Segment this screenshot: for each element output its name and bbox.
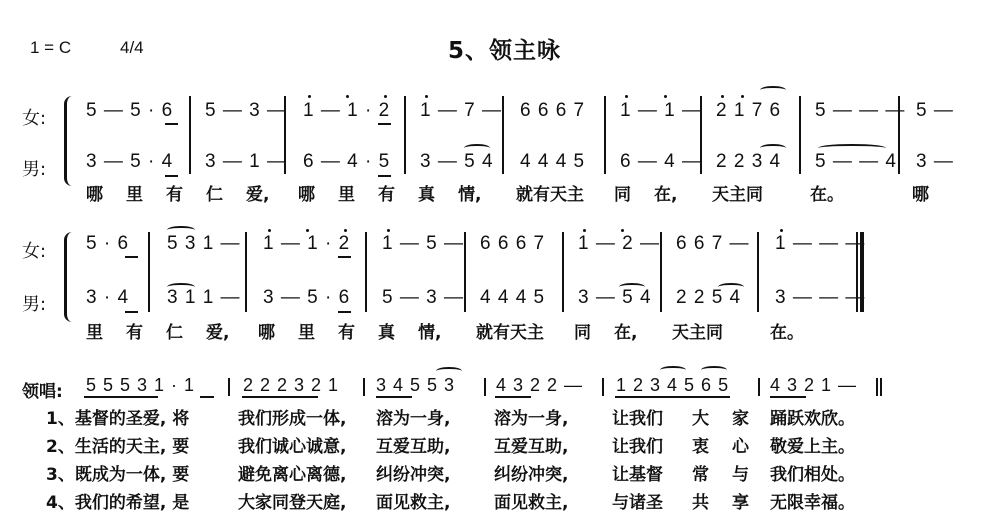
female-measure-6: 1 — 2 — <box>578 233 660 255</box>
verse-phrase: 无限幸福。 <box>770 488 855 513</box>
slur <box>464 144 490 152</box>
verse-phrase: 与 <box>732 460 749 485</box>
male-measure-9: 3 — <box>916 151 954 173</box>
lyric: 有 <box>338 318 355 343</box>
lyric: 仁 <box>166 318 183 343</box>
lyric: 在, <box>654 180 677 205</box>
high-octave-dot <box>346 95 349 98</box>
high-octave-dot <box>344 229 347 232</box>
verse-phrase: 享 <box>732 488 749 513</box>
final-bar-thick <box>860 232 864 312</box>
high-octave-dot <box>583 229 586 232</box>
high-octave-dot <box>308 95 311 98</box>
male-voice-label: 男: <box>22 155 46 181</box>
verse-phrase: 敬爱上主。 <box>770 432 855 457</box>
underline <box>125 256 138 258</box>
verse-phrase: 常 <box>692 460 709 485</box>
underline <box>615 396 730 398</box>
lyric: 就有天主 <box>516 180 584 205</box>
underline <box>84 396 158 398</box>
lyric: 有 <box>166 180 183 205</box>
verse-phrase: 我们相处。 <box>770 460 855 485</box>
bar-line <box>758 378 760 396</box>
bar-line <box>502 96 504 174</box>
underline <box>378 175 391 177</box>
high-octave-dot <box>721 95 724 98</box>
male-measure-2: 3 — 1 — <box>205 151 287 173</box>
tie <box>818 144 886 152</box>
verse-phrase: 纠纷冲突, <box>376 460 450 485</box>
male-measure-6: 6 — 4 — <box>620 151 702 173</box>
bar-line <box>602 378 604 396</box>
lead-measure-5: 1 2 3 4 5 6 5 <box>616 375 729 396</box>
male-measure-4: 3 — 5 4 <box>420 151 494 173</box>
slur <box>760 86 786 94</box>
lead-label: 领唱: <box>22 377 63 402</box>
underline <box>200 396 214 398</box>
verse-phrase: 3、既成为一体, 要 <box>46 460 189 485</box>
verse-phrase: 共 <box>692 488 709 513</box>
lyric: 情, <box>458 180 481 205</box>
verse-phrase: 4、我们的希望, 是 <box>46 488 189 513</box>
bar-line <box>562 232 564 312</box>
staff-brace <box>64 96 75 186</box>
female-voice-label: 女: <box>22 237 46 263</box>
lead-measure-4: 4 3 2 2 — <box>496 375 583 396</box>
verse-phrase: 大家同登天庭, <box>238 488 346 513</box>
lyric: 仁 <box>206 180 223 205</box>
verse-phrase: 衷 <box>692 432 709 457</box>
underline <box>242 396 318 398</box>
verse-phrase: 面见救主, <box>494 488 568 513</box>
lyric: 有 <box>126 318 143 343</box>
verse-phrase: 避免离心离德, <box>238 460 346 485</box>
lyric: 里 <box>86 318 103 343</box>
verse-phrase: 我们诚心诚意, <box>238 432 346 457</box>
verse-phrase: 大 <box>692 404 709 429</box>
slur <box>701 366 727 374</box>
verse-phrase: 心 <box>732 432 749 457</box>
slur <box>619 283 645 291</box>
female-measure-2: 5 — 3 — <box>205 100 287 122</box>
lyric: 天主同 <box>712 180 763 205</box>
underline <box>376 396 412 398</box>
lyric: 同 <box>574 318 591 343</box>
female-measure-7: 2 1 7 6 <box>716 100 781 122</box>
slur <box>760 144 786 152</box>
female-measure-1: 5 — 5 · 6 <box>86 100 173 122</box>
time-signature: 4/4 <box>120 38 144 58</box>
lyric: 哪 <box>258 318 275 343</box>
male-voice-label: 男: <box>22 290 46 316</box>
male-measure-3: 6 — 4 · 5 <box>303 151 390 173</box>
verse-phrase: 溶为一身, <box>376 404 450 429</box>
verse-phrase: 互爱互助, <box>494 432 568 457</box>
underline <box>125 311 138 313</box>
female-measure-2: 5 3 1 — <box>167 233 241 255</box>
female-measure-6: 1 — 1 — <box>620 100 702 122</box>
lead-measure-3: 3 4 5 5 3 <box>376 375 455 396</box>
bar-line <box>700 96 702 174</box>
verse-phrase: 2、生活的天主, 要 <box>46 432 189 457</box>
high-octave-dot <box>621 229 624 232</box>
bar-line <box>404 96 406 174</box>
verse-phrase: 我们形成一体, <box>238 404 346 429</box>
female-measure-4: 1 — 7 — <box>420 100 502 122</box>
verse-phrase: 互爱互助, <box>376 432 450 457</box>
female-measure-5: 6 6 6 7 <box>480 233 545 255</box>
verse-phrase: 与诸圣 <box>612 488 663 513</box>
verse-phrase: 让我们 <box>612 404 663 429</box>
male-measure-7: 2 2 3 4 <box>716 151 781 173</box>
bar-line <box>284 96 286 174</box>
high-octave-dot <box>268 229 271 232</box>
verse-phrase: 溶为一身, <box>494 404 568 429</box>
bar-line <box>245 232 247 312</box>
verse-phrase: 让我们 <box>612 432 663 457</box>
high-octave-dot <box>306 229 309 232</box>
lyric: 在。 <box>770 318 804 343</box>
underline <box>770 396 806 398</box>
high-octave-dot <box>780 229 783 232</box>
high-octave-dot <box>625 95 628 98</box>
slur <box>718 283 744 291</box>
underline <box>495 396 531 398</box>
lyric: 里 <box>126 180 143 205</box>
verse-phrase: 1、基督的圣爱, 将 <box>46 404 189 429</box>
lyric: 里 <box>338 180 355 205</box>
bar-line <box>365 232 367 312</box>
bar-line <box>604 96 606 174</box>
female-voice-label: 女: <box>22 104 46 130</box>
female-measure-3: 1 — 1 · 2 <box>263 233 350 255</box>
lyric: 里 <box>298 318 315 343</box>
verse-phrase: 纠纷冲突, <box>494 460 568 485</box>
slur <box>660 366 686 374</box>
bar-line <box>898 96 900 174</box>
underline <box>165 123 178 125</box>
female-measure-1: 5 · 6 <box>86 233 129 255</box>
underline <box>165 175 178 177</box>
female-measure-3: 1 — 1 · 2 <box>303 100 390 122</box>
bar-line <box>757 232 759 312</box>
high-octave-dot <box>384 95 387 98</box>
verse-phrase: 面见救主, <box>376 488 450 513</box>
lyric: 在。 <box>810 180 844 205</box>
male-measure-5: 4 4 4 5 <box>480 287 545 309</box>
male-measure-3: 3 — 5 · 6 <box>263 287 350 309</box>
lyric: 同 <box>614 180 631 205</box>
lyric: 天主同 <box>672 318 723 343</box>
female-measure-5: 6 6 6 7 <box>520 100 585 122</box>
lyric: 爱, <box>246 180 269 205</box>
bar-line <box>799 96 801 174</box>
lead-measure-1: 5 5 5 3 1 · 1 <box>86 375 195 396</box>
female-measure-8: 5 — — — <box>815 100 905 122</box>
bar-line <box>363 378 365 396</box>
staff-brace <box>64 232 75 322</box>
female-measure-8: 1 — — — <box>775 233 865 255</box>
bar-line <box>189 96 191 174</box>
male-measure-5: 4 4 4 5 <box>520 151 585 173</box>
male-measure-4: 5 — 3 — <box>382 287 464 309</box>
lyric: 情, <box>418 318 441 343</box>
verse-phrase: 踊跃欢欣。 <box>770 404 855 429</box>
lyric: 在, <box>614 318 637 343</box>
female-measure-4: 1 — 5 — <box>382 233 464 255</box>
slur <box>167 226 195 234</box>
slur <box>167 283 195 291</box>
high-octave-dot <box>664 95 667 98</box>
verse-phrase: 家 <box>732 404 749 429</box>
lead-measure-2: 2 2 2 3 2 1 <box>243 375 339 396</box>
bar-line <box>660 232 662 312</box>
lyric: 有 <box>378 180 395 205</box>
lyric: 就有天主 <box>476 318 544 343</box>
lyric: 哪 <box>912 180 929 205</box>
male-measure-1: 3 — 5 · 4 <box>86 151 173 173</box>
lyric: 哪 <box>298 180 315 205</box>
bar-line <box>484 378 486 396</box>
male-measure-8: 5 — — 4 <box>815 151 897 173</box>
verse-phrase: 让基督 <box>612 460 663 485</box>
lead-measure-6: 4 3 2 1 — <box>770 375 857 396</box>
female-measure-9: 5 — <box>916 100 954 122</box>
high-octave-dot <box>387 229 390 232</box>
underline <box>338 256 351 258</box>
slur <box>436 367 462 375</box>
song-title: 5、领主咏 <box>448 32 561 65</box>
lyric: 哪 <box>86 180 103 205</box>
high-octave-dot <box>425 95 428 98</box>
underline <box>338 311 351 313</box>
high-octave-dot <box>741 95 744 98</box>
key-signature: 1 = C <box>30 38 71 58</box>
bar-line <box>464 232 466 312</box>
male-measure-1: 3 · 4 <box>86 287 129 309</box>
lyric: 真 <box>418 180 435 205</box>
final-bar-thin <box>876 378 878 396</box>
lyric: 真 <box>378 318 395 343</box>
bar-line <box>228 378 230 396</box>
male-measure-8: 3 — — — <box>775 287 865 309</box>
underline <box>378 123 391 125</box>
lyric: 爱, <box>206 318 229 343</box>
final-bar-thin <box>856 232 858 312</box>
female-measure-7: 6 6 7 — <box>676 233 750 255</box>
bar-line <box>148 232 150 312</box>
final-bar-thin <box>880 378 882 396</box>
